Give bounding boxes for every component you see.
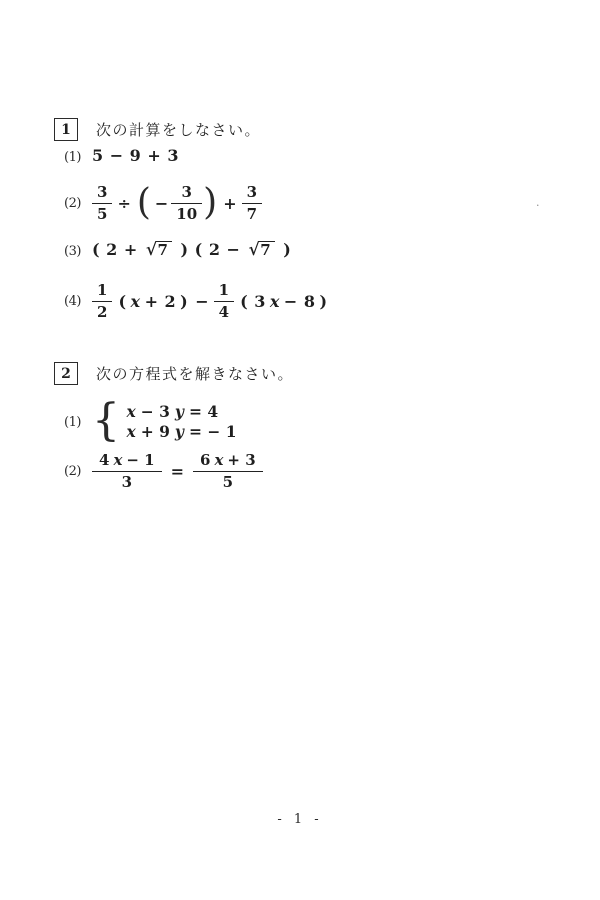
system-brace: { [92,399,120,443]
equation-1: x − 3 y = 4 [124,402,239,422]
variable-y: y [175,422,184,442]
fraction-6x-3-over-5: 6x+ 3 5 [193,452,263,491]
problem-1-3-label: (3) [64,244,92,259]
expr-text: ( [118,292,126,311]
expr-text: ) [180,292,188,311]
section1-number-box: 1 [54,118,78,141]
stray-scan-mark: . [536,196,540,209]
numerator: 4x− 1 [92,452,162,472]
minus-operator: − [195,292,208,311]
expr-text: ) ( 2 − [181,240,241,259]
expr-text: = 4 [189,402,218,422]
problem-2-2: (2) 4x− 1 3 = 6x+ 3 5 [64,452,263,490]
open-paren: ( [137,185,151,222]
expr-text: = − 1 [189,422,237,442]
problem-1-2-label: (2) [64,196,92,211]
numerator: 6x+ 3 [193,452,263,472]
negative-sign: − [155,194,168,213]
problem-1-1-label: (1) [64,150,92,165]
expr-text: 6 [200,451,210,469]
variable-x: x [131,292,141,311]
equation-2: x + 9 y = − 1 [124,422,239,442]
expr-text: + 3 [227,451,255,469]
denominator: 3 [92,472,162,491]
fraction-3-7: 3 7 [242,184,262,223]
problem-1-3: (3) ( 2 + √7 ) ( 2 − √7 ) [64,240,291,260]
expr-text: ( 3 [240,292,266,311]
expr-text: − 1 [126,451,154,469]
denominator: 10 [171,204,202,223]
sqrt-7: √7 [249,240,276,260]
problem-1-1-expression: 5 − 9 + 3 [92,146,179,165]
binomial-x-plus-2: ( x + 2 ) [116,292,190,311]
expr-text: ) [320,292,328,311]
binomial-3x-minus-8: ( 3 x − 8 ) [238,292,330,311]
denominator: 5 [92,204,112,223]
expr-text: + 9 [141,422,170,442]
variable-x: x [127,422,136,442]
denominator: 5 [193,472,263,491]
numerator: 1 [214,282,234,302]
variable-x: x [270,292,280,311]
section1-header: 1 次の計算をしなさい。 [54,118,261,141]
problem-1-2: (2) 3 5 ÷ ( − 3 10 ) + 3 7 [64,183,262,223]
expr-text: 4 [99,451,109,469]
numerator: 3 [92,184,112,204]
plus-operator: + [223,194,236,213]
problem-1-4-label: (4) [64,294,92,309]
expr-text: ( 2 + [92,240,138,259]
expr-text: − 8 [284,292,316,311]
expr-text: ) [283,240,291,259]
problem-1-3-expression: ( 2 + √7 ) ( 2 − √7 ) [92,240,291,260]
denominator: 7 [242,204,262,223]
numerator: 3 [171,184,202,204]
problem-2-1: (1) { x − 3 y = 4 x + 9 y = − 1 [64,401,239,443]
fraction-1-2: 1 2 [92,282,112,321]
section2-header: 2 次の方程式を解きなさい。 [54,362,294,385]
page-number: - 1 - [0,812,600,827]
variable-x: x [127,402,136,422]
expr-text: + 2 [145,292,177,311]
fraction-3-10: 3 10 [171,184,202,223]
denominator: 4 [214,302,234,321]
numerator: 1 [92,282,112,302]
section2-number-box: 2 [54,362,78,385]
radicand: 7 [258,241,275,259]
division-operator: ÷ [117,194,130,213]
equation-system: x − 3 y = 4 x + 9 y = − 1 [124,402,239,442]
problem-1-1: (1) 5 − 9 + 3 [64,146,179,165]
denominator: 2 [92,302,112,321]
problem-2-2-label: (2) [64,464,92,479]
worksheet-page: 1 次の計算をしなさい。 (1) 5 − 9 + 3 (2) 3 5 ÷ ( −… [0,0,600,900]
problem-2-1-label: (1) [64,415,92,430]
expr-text: − 3 [141,402,170,422]
equals-sign: = [171,462,184,481]
problem-1-4: (4) 1 2 ( x + 2 ) − 1 4 ( 3 x − 8 ) [64,283,330,319]
fraction-3-5: 3 5 [92,184,112,223]
sqrt-7: √7 [146,240,173,260]
radicand: 7 [156,241,173,259]
close-paren: ) [203,185,217,222]
section2-instruction: 次の方程式を解きなさい。 [96,363,294,384]
variable-x: x [113,451,122,469]
section1-instruction: 次の計算をしなさい。 [96,119,261,140]
variable-x: x [214,451,223,469]
fraction-1-4: 1 4 [214,282,234,321]
variable-y: y [175,402,184,422]
fraction-4x-1-over-3: 4x− 1 3 [92,452,162,491]
numerator: 3 [242,184,262,204]
